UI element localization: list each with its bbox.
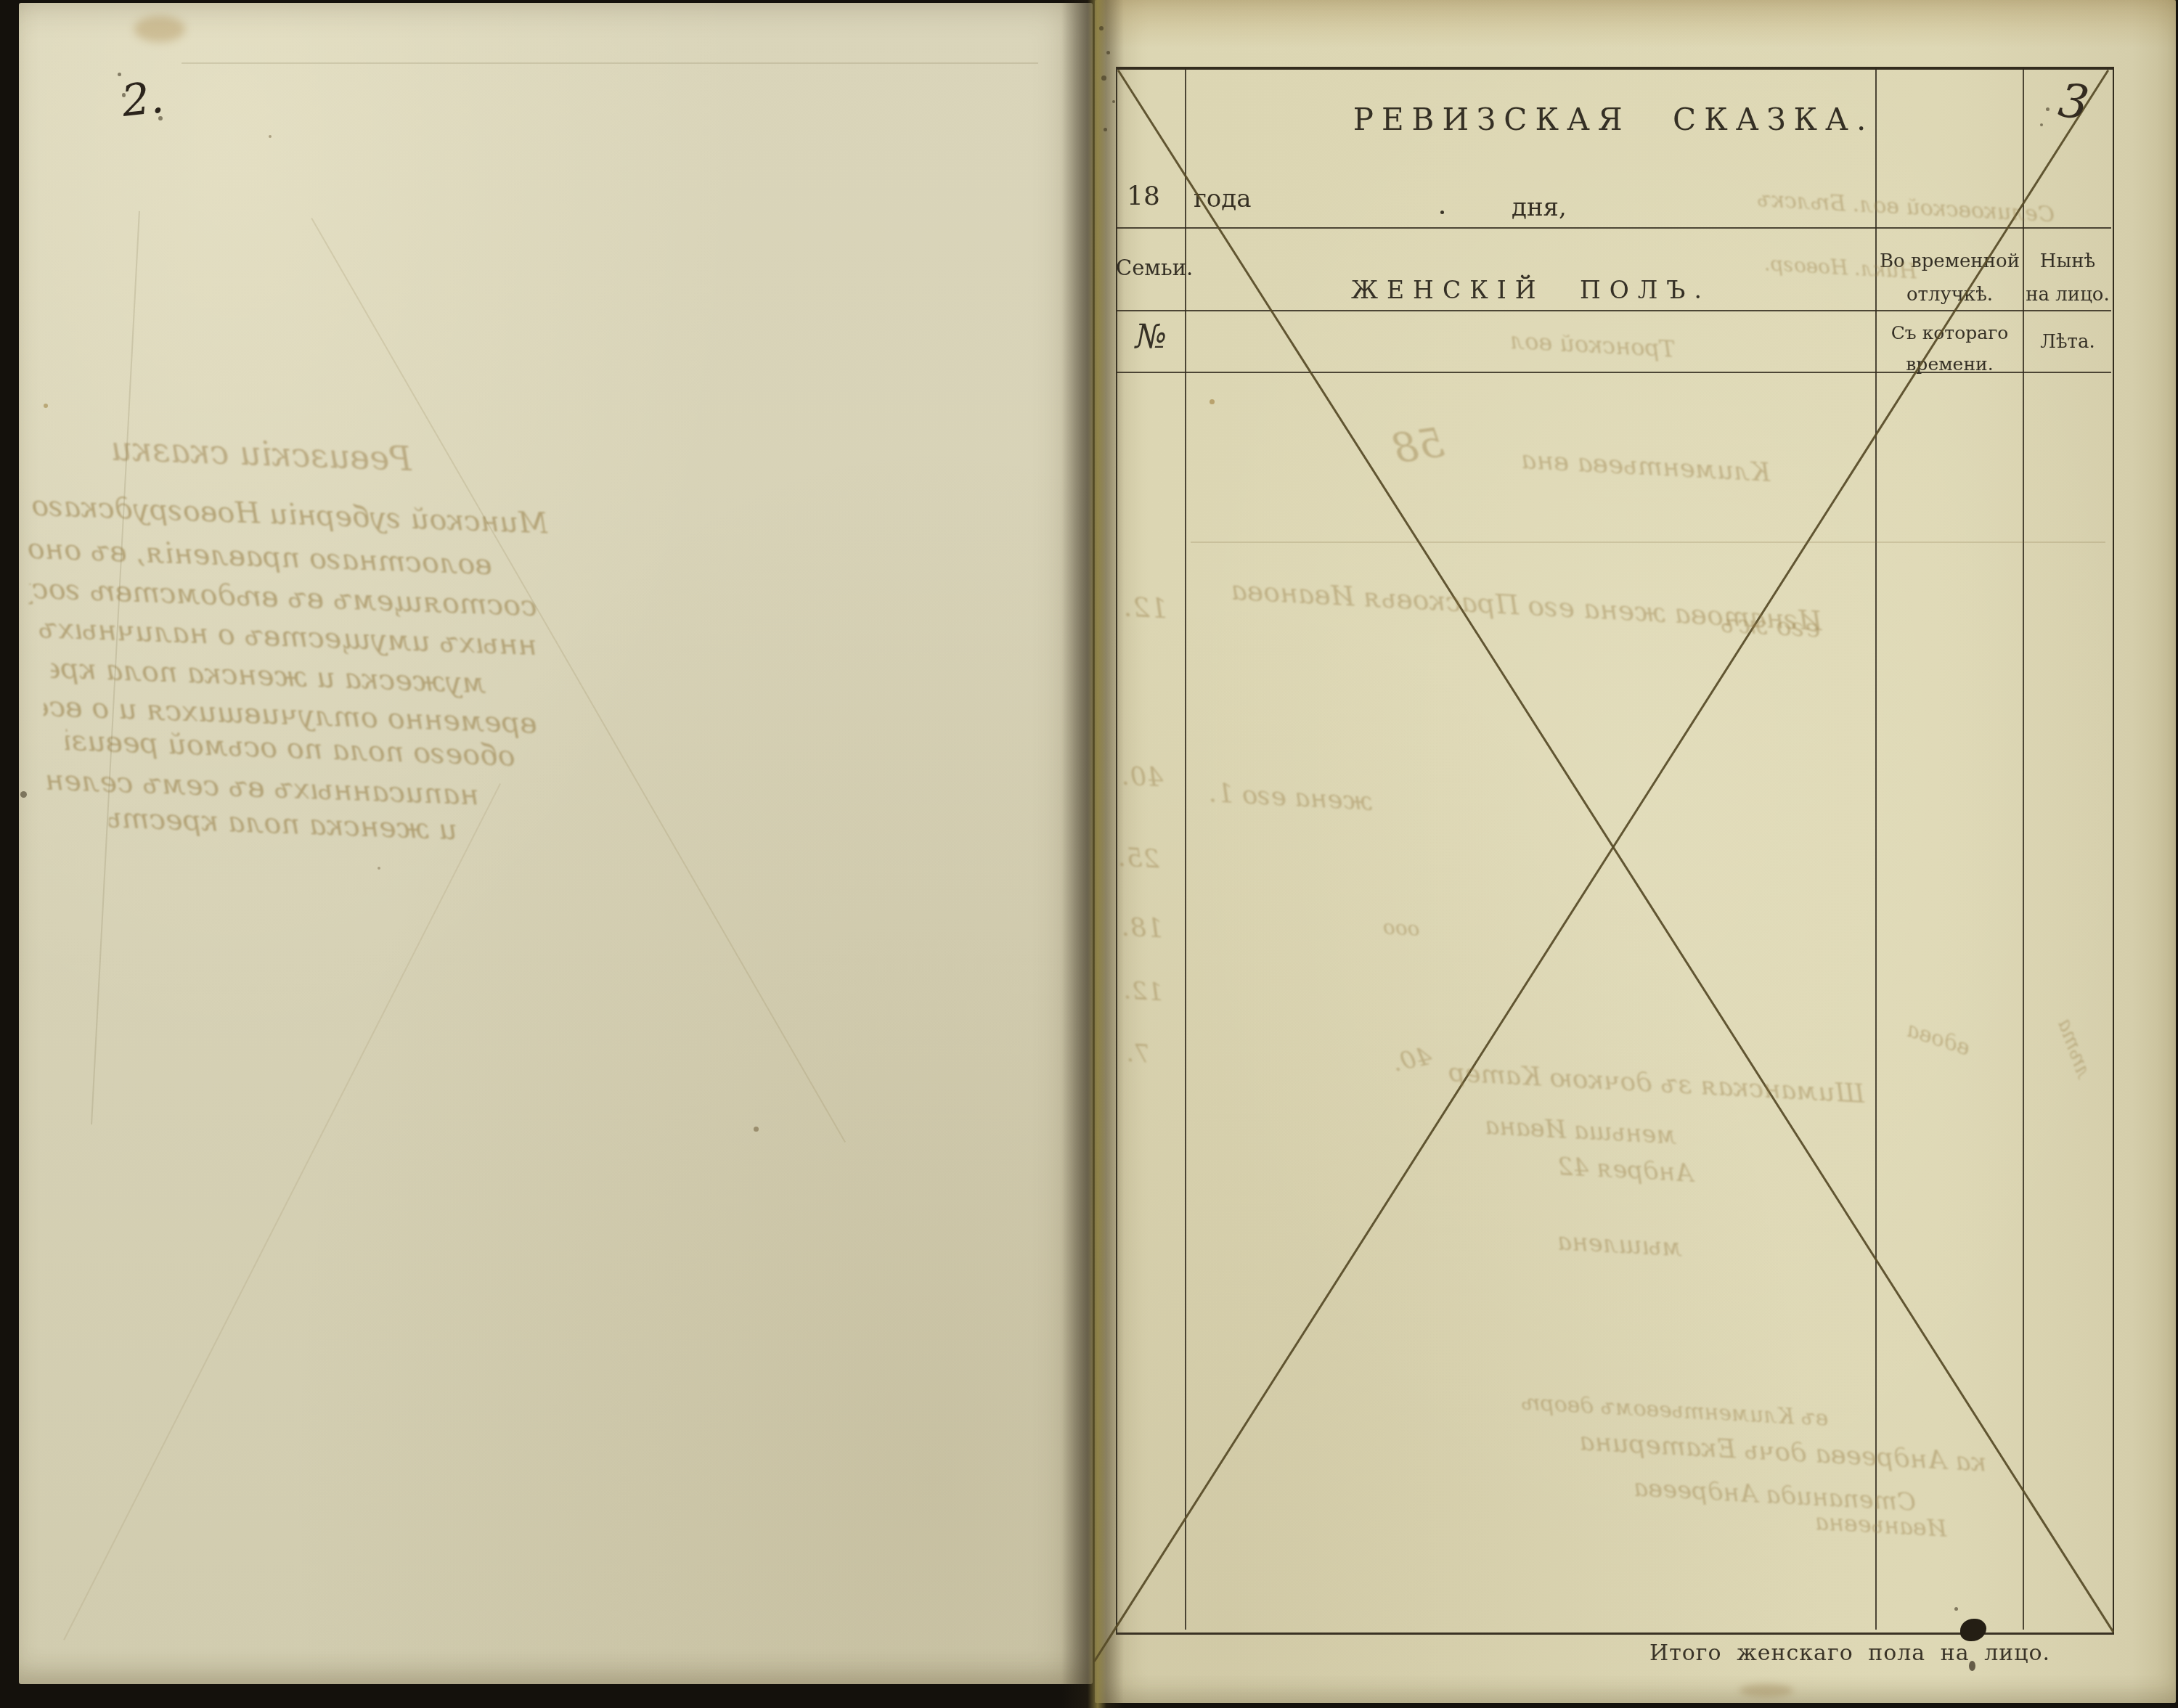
paper-speck xyxy=(378,867,380,870)
paper-speck xyxy=(44,404,48,408)
paper-crease xyxy=(181,62,1038,64)
bleedthrough-line: 7. xyxy=(1126,1039,1151,1069)
bleedthrough-line: 58 xyxy=(1390,419,1448,473)
column-header-years: Лѣта. xyxy=(2026,331,2110,353)
bleedthrough-line: 25. xyxy=(1117,843,1160,875)
paper-crease xyxy=(1191,542,2105,543)
table-column-rule xyxy=(1875,67,1877,1630)
paper-speck xyxy=(1210,399,1215,404)
year-prefix: 18 xyxy=(1127,181,1160,211)
paper-stain-band xyxy=(1095,0,2176,48)
bleedthrough-line: ооо xyxy=(1382,915,1420,941)
archival-book-spread: 2. Ревизскіи сказки Минской губерніи Нов… xyxy=(0,0,2178,1708)
ink-speck xyxy=(118,73,121,76)
column-header-since-when: Съ котораго времени. xyxy=(1878,318,2021,380)
table-column-rule xyxy=(2023,67,2024,1630)
paper-speck xyxy=(1112,100,1115,103)
ink-speck xyxy=(1954,1607,1958,1611)
ink-speck xyxy=(122,93,126,97)
bleedthrough-line: его жъ xyxy=(1720,608,1821,643)
column-header-number: № xyxy=(1116,316,1186,356)
paper-speck xyxy=(269,135,272,138)
day-word: дня, xyxy=(1512,193,1567,222)
paper-stain xyxy=(134,16,185,42)
book-gutter-fold xyxy=(1061,0,1124,1708)
page-title: РЕВИЗСКАЯ СКАЗКА. xyxy=(1116,102,2111,137)
bleedthrough-line: 12. xyxy=(1123,976,1164,1008)
ink-speck xyxy=(1440,211,1444,214)
paper-speck xyxy=(754,1127,759,1132)
paper-speck xyxy=(20,791,27,798)
bleedthrough-line: 12. xyxy=(1123,590,1169,624)
ink-speck xyxy=(2046,107,2049,111)
ink-speck xyxy=(2040,123,2043,126)
paper-speck xyxy=(1099,26,1104,30)
column-header-family: Семьи. xyxy=(1116,256,1186,280)
table-row-rule xyxy=(1116,227,2111,229)
left-page xyxy=(19,3,1093,1684)
paper-speck xyxy=(1106,51,1110,54)
ink-speck xyxy=(158,116,163,120)
year-word: года xyxy=(1194,184,1252,213)
paper-speck xyxy=(1101,75,1106,81)
ink-blot-drip xyxy=(1969,1661,1975,1671)
bleedthrough-line: 40. xyxy=(1121,761,1164,793)
paper-smudge xyxy=(1739,1684,1793,1697)
bleedthrough-line: 18. xyxy=(1121,912,1164,944)
column-header-female-sex: ЖЕНСКІЙ ПОЛЪ. xyxy=(1186,276,1875,304)
paper-speck xyxy=(1104,128,1107,131)
footer-total-label: Итого женскаго пола на лицо. xyxy=(1649,1640,2050,1666)
column-header-now-present: Нынѣ на лицо. xyxy=(2026,245,2110,311)
